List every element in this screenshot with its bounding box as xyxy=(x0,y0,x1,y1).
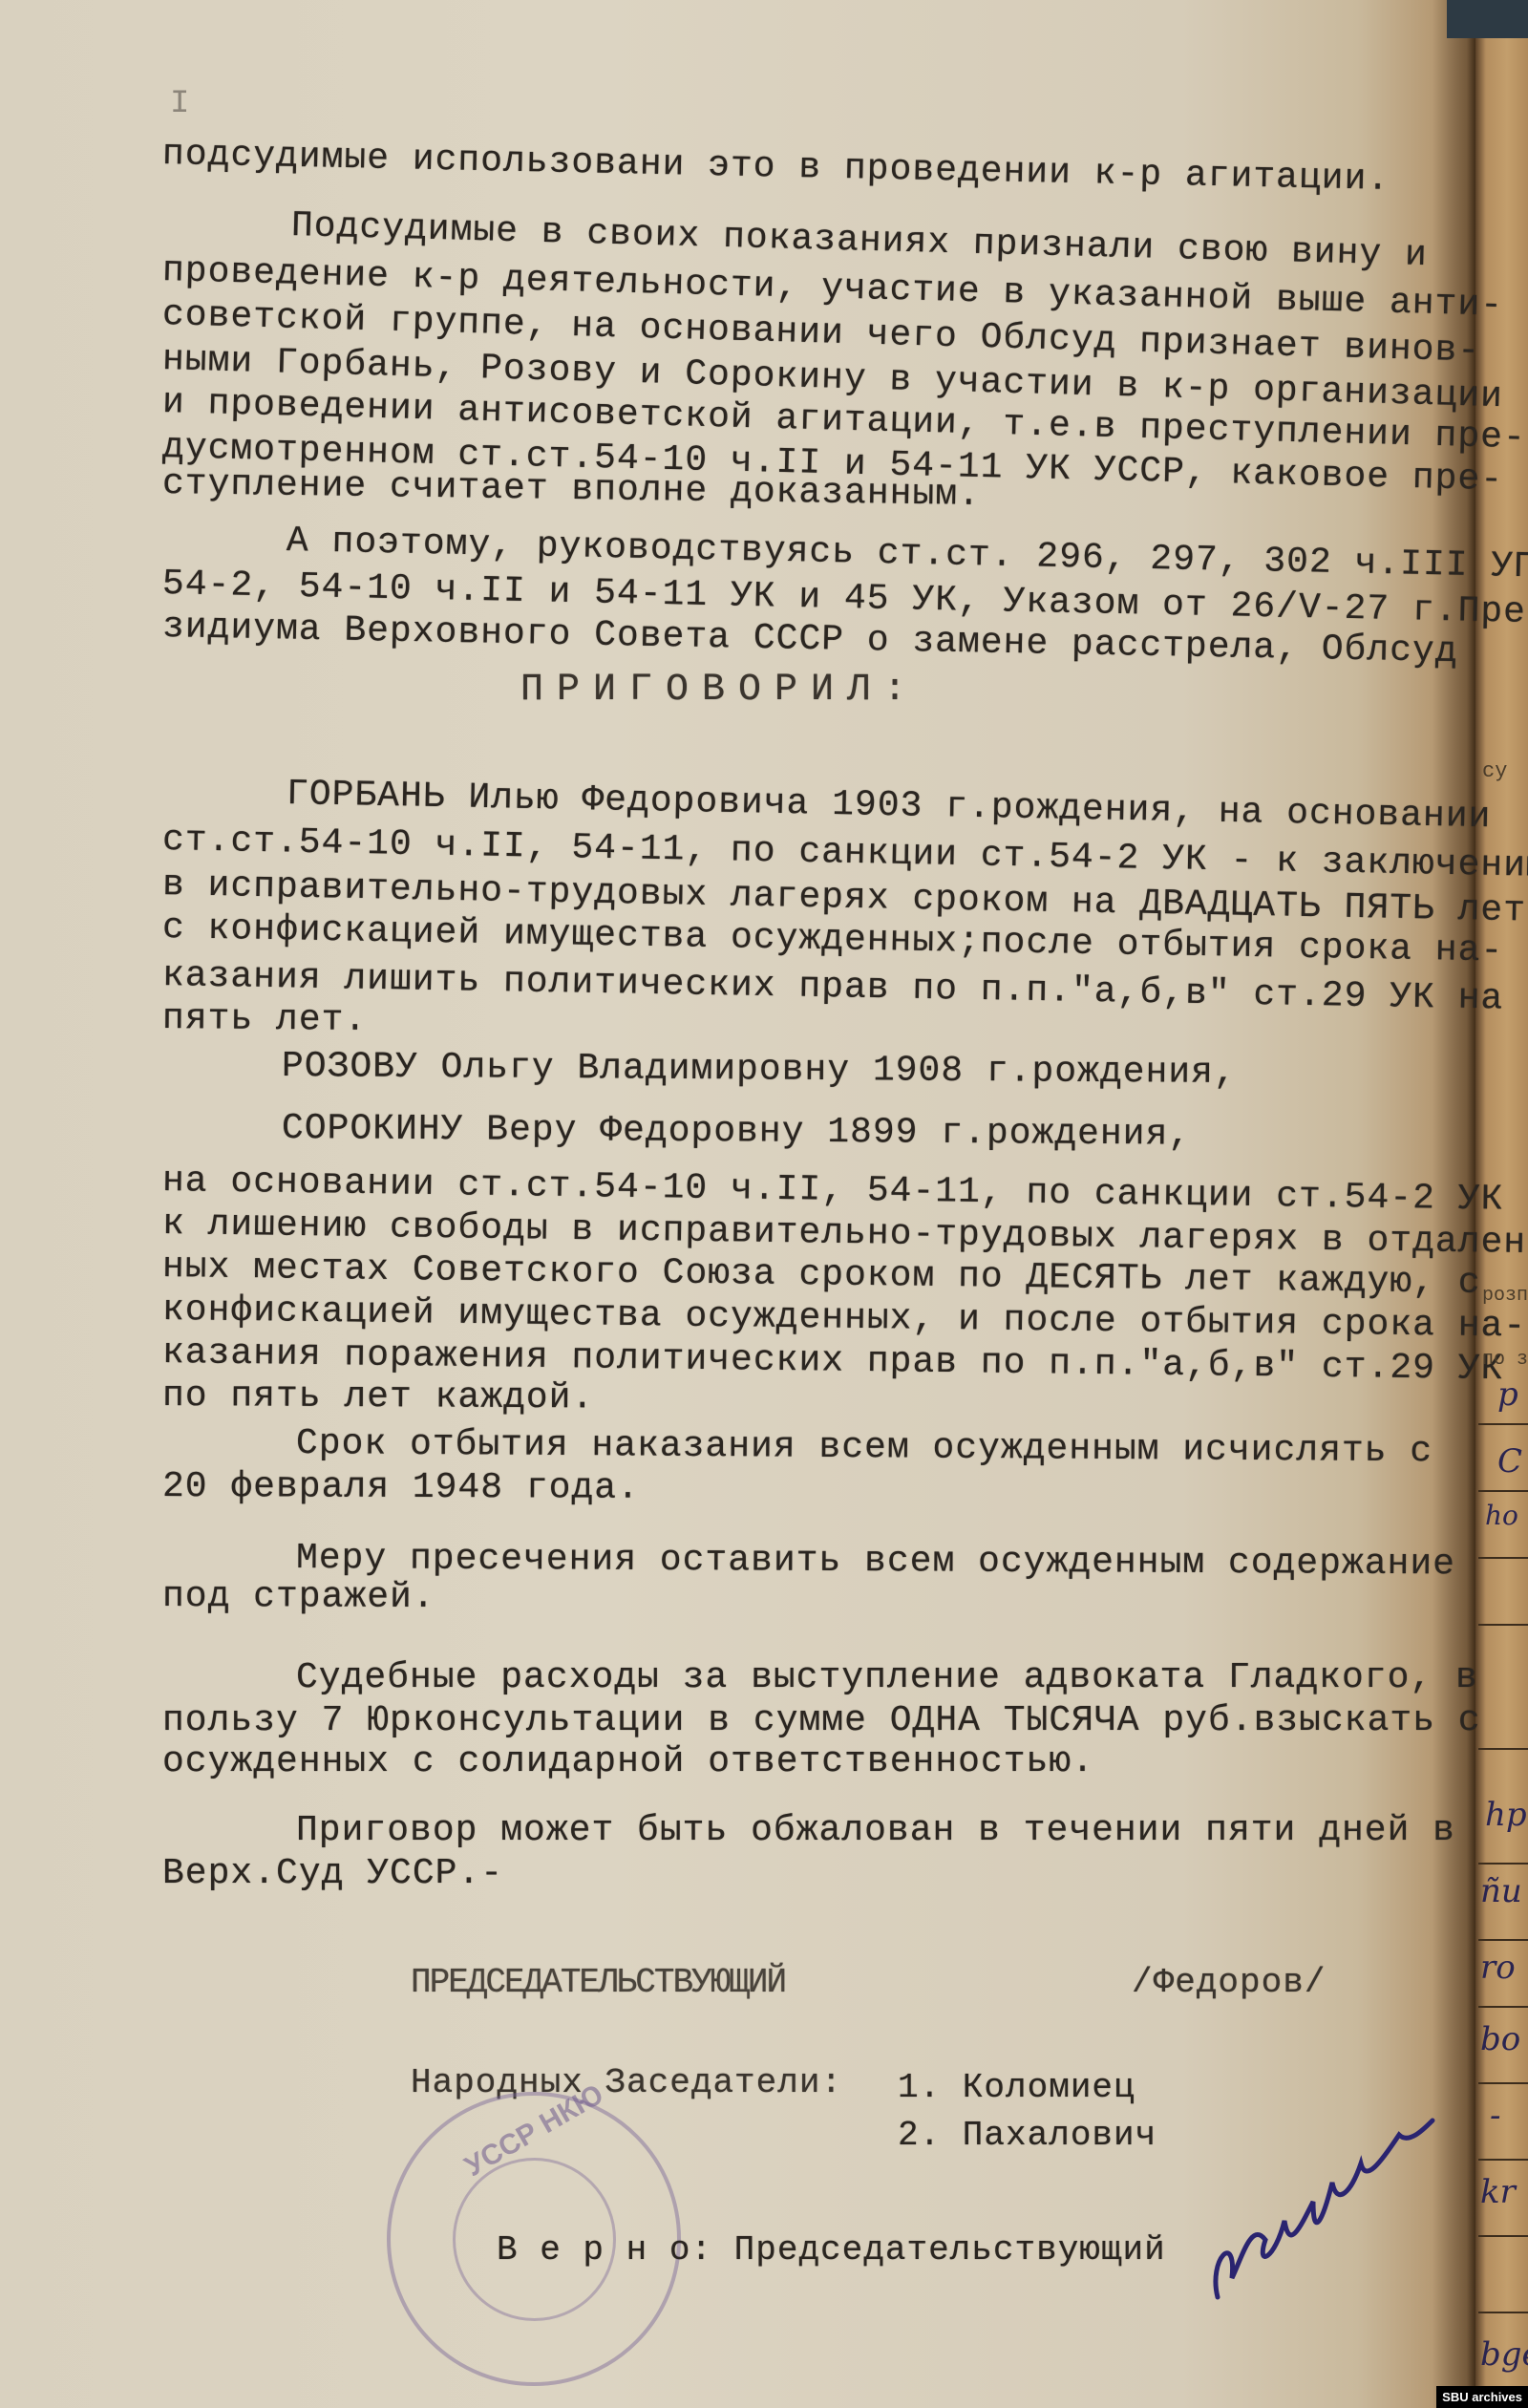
document-line: Срок отбытия наказания всем осужденным и… xyxy=(296,1423,1432,1472)
ledger-rule xyxy=(1478,2235,1528,2237)
document-line: пять лет. xyxy=(162,998,368,1041)
document-line: РОЗОВУ Ольгу Владимировну 1908 г.рождени… xyxy=(282,1046,1237,1094)
document-line: осужденных с солидарной ответственностью… xyxy=(162,1741,1094,1782)
margin-note: kr xyxy=(1480,2173,1516,2211)
document-line: Судебные расходы за выступление адвоката… xyxy=(296,1657,1478,1698)
document-line: СОРОКИНУ Веру Федоровну 1899 г.рождения, xyxy=(282,1108,1191,1156)
document-line: Приговор может быть обжалован в течении … xyxy=(296,1810,1455,1851)
ledger-rule xyxy=(1478,1557,1528,1559)
verdict-heading: ПРИГОВОРИЛ: xyxy=(520,669,920,712)
background-corner xyxy=(1447,0,1528,38)
ledger-rule xyxy=(1478,2082,1528,2084)
margin-note: ñи xyxy=(1480,1872,1522,1910)
document-line: пользу 7 Юрконсультации в сумме ОДНА ТЫС… xyxy=(162,1700,1481,1741)
ledger-rule xyxy=(1478,1863,1528,1865)
ledger-rule xyxy=(1478,1939,1528,1941)
ledger-rule xyxy=(1478,1748,1528,1750)
margin-note: розп xyxy=(1482,1285,1528,1307)
certified-line: В е р н о: Председательствующий xyxy=(497,2230,1166,2269)
margin-note: - xyxy=(1490,2097,1501,2135)
margin-note: по з xyxy=(1482,1349,1528,1371)
margin-note: р xyxy=(1497,1375,1518,1414)
margin-note: су xyxy=(1482,759,1507,783)
document-line: Верх.Суд УССР.- xyxy=(162,1853,503,1894)
document-line: 20 февраля 1948 года. xyxy=(162,1466,640,1509)
signature-icon xyxy=(1208,2116,1437,2307)
document-line: под стражей. xyxy=(162,1576,435,1618)
ledger-rule xyxy=(1478,2312,1528,2313)
assessor-2: 2. Пахалович xyxy=(898,2116,1157,2155)
presiding-label: ПРЕДСЕДАТЕЛЬСТВУЮЩИЙ xyxy=(411,1963,785,2002)
margin-note: hр xyxy=(1485,1796,1527,1834)
watermark: SBU archives xyxy=(1436,2386,1528,2408)
document-line: Меру пресечения оставить всем осужденным… xyxy=(296,1538,1455,1585)
assessors-label: Народных Заседатели: xyxy=(411,2063,842,2102)
ledger-rule xyxy=(1478,1624,1528,1626)
margin-note: ho xyxy=(1485,1500,1518,1531)
assessor-1: 1. Коломиец xyxy=(898,2068,1135,2107)
ledger-rule xyxy=(1478,2159,1528,2161)
document-line: по пять лет каждой. xyxy=(162,1375,595,1418)
margin-note: С xyxy=(1497,1442,1522,1481)
ledger-rule xyxy=(1478,2006,1528,2008)
corner-mark: I xyxy=(170,86,189,122)
ledger-rule xyxy=(1478,1490,1528,1492)
margin-note: ro xyxy=(1480,1949,1516,1987)
margin-note: bo xyxy=(1480,2020,1520,2058)
ledger-rule xyxy=(1478,1423,1528,1425)
presiding-name: /Федоров/ xyxy=(1132,1963,1326,2002)
margin-note: bge xyxy=(1480,2335,1528,2374)
